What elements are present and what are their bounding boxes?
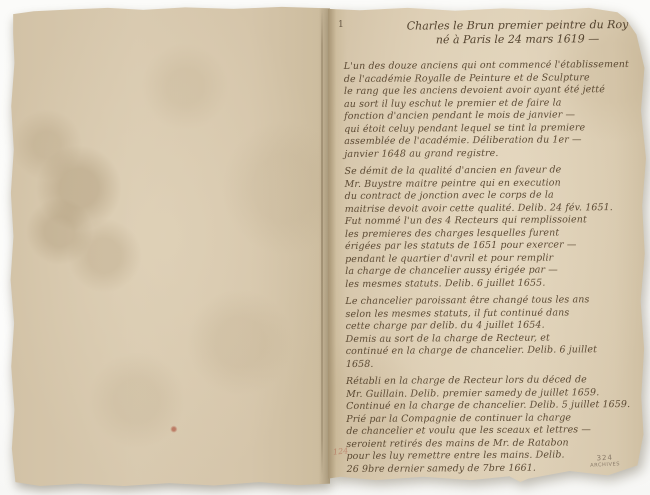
- manuscript-body: L'un des douze anciens qui ont commencé …: [344, 59, 638, 476]
- text-line: maitrise devoit avoir cette qualité. Del…: [345, 201, 636, 216]
- heading-line-1: Charles le Brun premier peintre du Roy: [389, 18, 645, 34]
- archive-stamp: 324 ARCHIVES: [590, 454, 621, 470]
- text-line: janvier 1648 au grand registre.: [344, 146, 635, 161]
- margin-pencil-number: 124: [333, 447, 349, 457]
- text-line: 1658.: [346, 356, 637, 371]
- paragraph: Le chancelier paroissant être changé tou…: [345, 294, 637, 371]
- heading-line-2: né à Paris le 24 mars 1619 —: [390, 32, 646, 48]
- right-page-wrap: 1 Charles le Brun premier peintre du Roy…: [328, 6, 646, 482]
- right-page-manuscript: 1 Charles le Brun premier peintre du Roy…: [328, 6, 646, 482]
- manuscript-heading: Charles le Brun premier peintre du Roy n…: [389, 18, 645, 48]
- paragraph: L'un des douze anciens qui ont commencé …: [344, 59, 636, 161]
- manuscript-content: Charles le Brun premier peintre du Roy n…: [326, 5, 647, 483]
- scanned-manuscript: 1 Charles le Brun premier peintre du Roy…: [0, 0, 650, 495]
- text-line: L'un des douze anciens qui ont commencé …: [344, 59, 635, 74]
- text-line: Continué en la charge de chancelier. Del…: [346, 399, 637, 414]
- text-line: les mesmes statuts. Delib. 6 juillet 165…: [345, 276, 636, 291]
- page-gutter-crease: [321, 8, 323, 476]
- left-page-wrap: [8, 5, 330, 487]
- text-line: le rang que les anciens devoient avoir a…: [344, 84, 635, 99]
- left-page-blank: [8, 5, 330, 487]
- paragraph: Se démit de la qualité d'ancien en faveu…: [344, 164, 636, 291]
- text-line: continué en la charge de chancelier. Del…: [346, 344, 637, 359]
